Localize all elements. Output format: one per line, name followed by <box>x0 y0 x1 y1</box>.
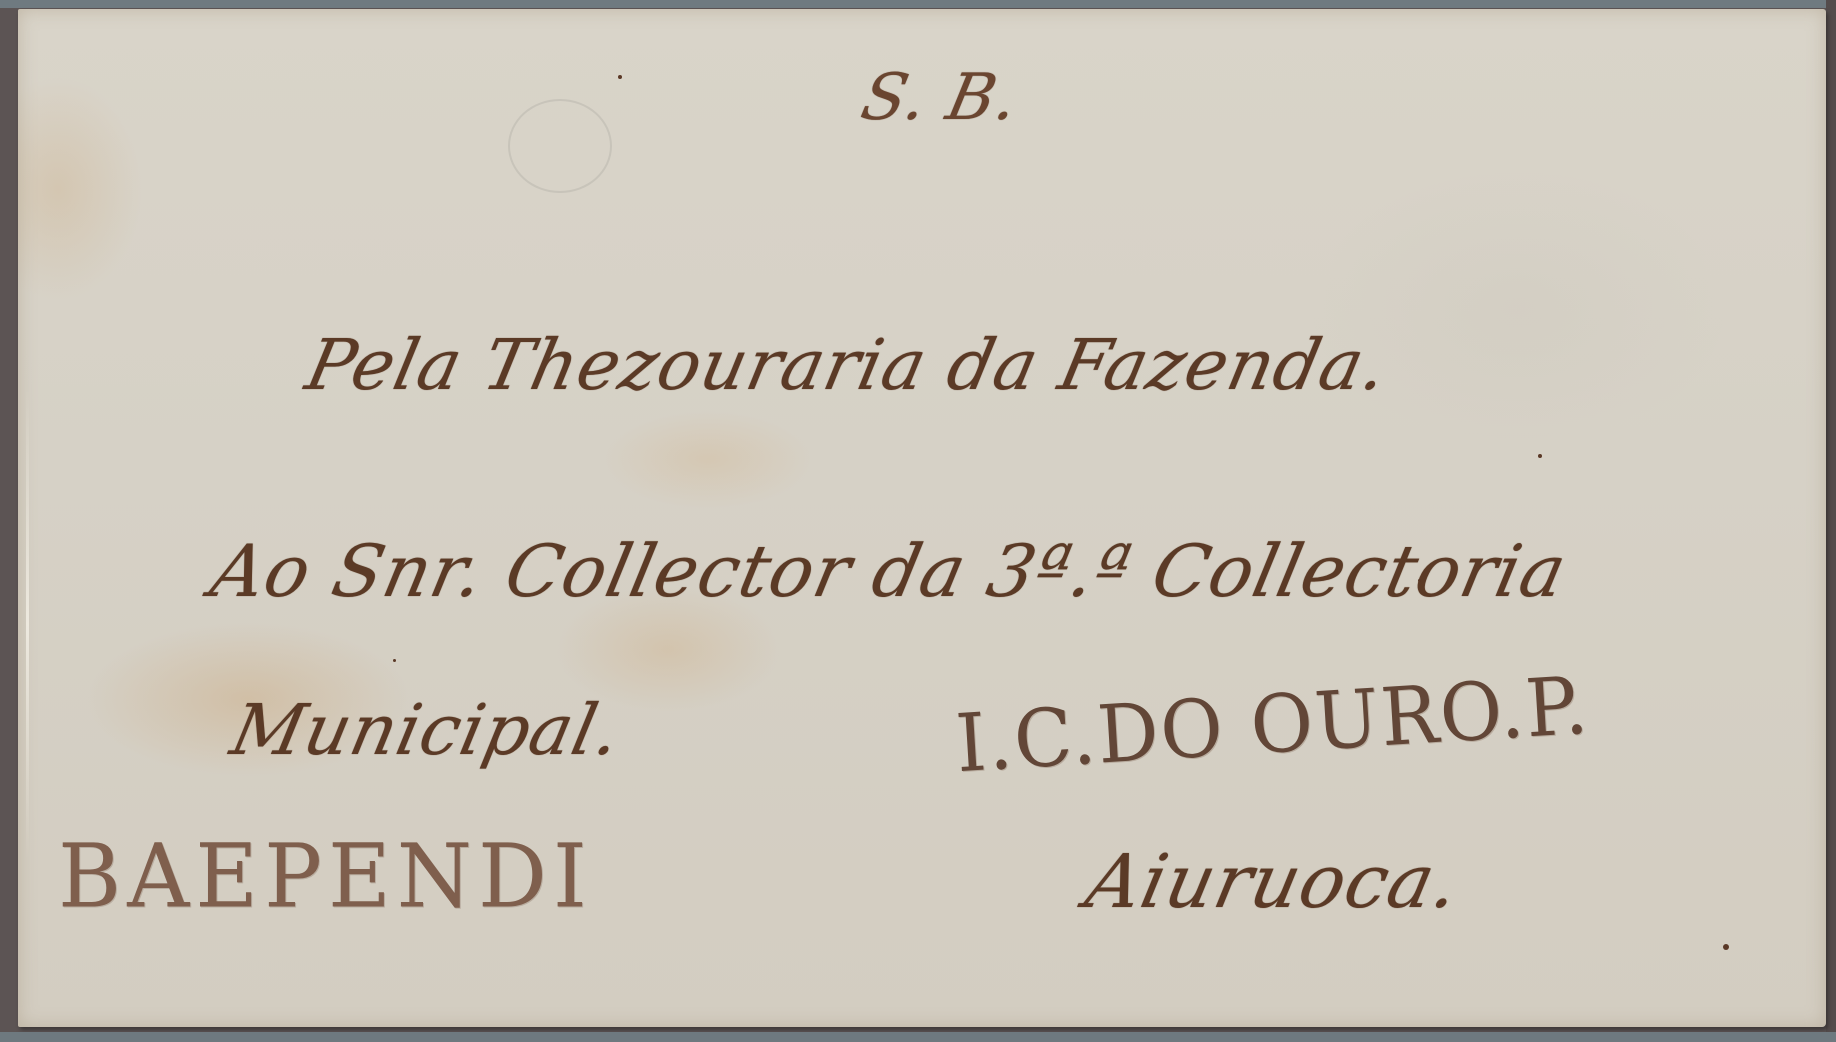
fold-crease <box>26 389 29 859</box>
address-line-1: Pela Thezouraria da Fazenda. <box>299 324 1395 406</box>
origin-handstamp: I.C.DO OURO.P. <box>953 658 1592 790</box>
ink-speck <box>1538 454 1542 458</box>
docket-initials: S. B. <box>855 61 1025 135</box>
address-line-3: Municipal. <box>224 689 628 771</box>
ink-speck <box>618 75 622 79</box>
backing-edge-right <box>1826 0 1836 1042</box>
ink-speck <box>1723 944 1729 950</box>
address-line-2: Ao Snr. Collector da 3ª.ª Collectoria <box>204 529 1574 613</box>
backing-edge-bottom <box>0 1032 1836 1042</box>
destination-town: Aiuruoca. <box>1079 839 1468 925</box>
ink-speck <box>1418 579 1421 582</box>
ink-speck <box>393 659 396 662</box>
letter-sheet: S. B. Pela Thezouraria da Fazenda. Ao Sn… <box>18 9 1826 1027</box>
town-handstamp: BAEPENDI <box>58 826 593 928</box>
faint-circular-mark <box>508 99 612 193</box>
backing-edge-top <box>0 0 1836 8</box>
